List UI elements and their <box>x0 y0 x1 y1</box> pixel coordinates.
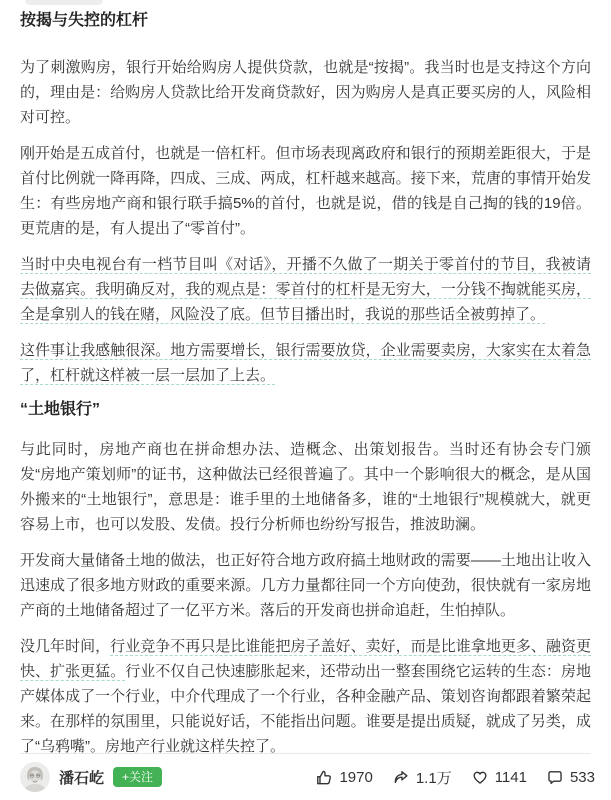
paragraph: 当时中央电视台有一档节目叫《对话》，开播不久做了一期关于零首付的节目，我被请去做… <box>20 252 591 327</box>
article-page: 按揭与失控的杠杆为了刺激购房，银行开始给购房人提供贷款，也就是“按揭”。我当时也… <box>0 0 611 800</box>
highlighted-text: 当时中央电视台有一档节目叫《对话》，开播不久做了一期关于零首付的节目，我被请去做… <box>20 256 591 324</box>
section-heading: “土地银行” <box>20 399 591 421</box>
paragraph: 没几年时间，行业竞争不再只是比谁能把房子盖好、卖好，而是比谁拿地更多、融资更快、… <box>20 634 591 753</box>
article-body: 按揭与失控的杠杆为了刺激购房，银行开始给购房人提供贷款，也就是“按揭”。我当时也… <box>0 5 611 753</box>
text-segment: 没几年时间， <box>20 638 110 655</box>
author-name[interactable]: 潘石屹 <box>59 767 104 788</box>
text-segment: 为了刺激购房，银行开始给购房人提供贷款，也就是“按揭”。我当时也是支持这个方向的… <box>20 59 591 126</box>
paragraph: 与此同时，房地产商也在拼命想办法、造概念、出策划报告。当时还有协会专门颁发“房地… <box>20 437 591 537</box>
avatar[interactable] <box>20 762 50 792</box>
paragraph: 开发商大量储备土地的做法，也正好符合地方政府搞土地财政的需要——土地出让收入迅速… <box>20 548 591 623</box>
text-segment: 开发商大量储备土地的做法，也正好符合地方政府搞土地财政的需要——土地出让收入迅速… <box>20 552 591 619</box>
engagement-stats: 1970 1.1万 1141 <box>315 767 595 788</box>
article-title: 按揭与失控的杠杆 <box>20 10 591 32</box>
favorite-button[interactable]: 1141 <box>471 768 527 786</box>
follow-button[interactable]: +关注 <box>113 767 162 787</box>
comment-count: 533 <box>570 769 595 786</box>
text-segment: 与此同时，房地产商也在拼命想办法、造概念、出策划报告。当时还有协会专门颁发“房地… <box>20 441 591 533</box>
paragraph: 刚开始是五成首付，也就是一倍杠杆。但市场表现离政府和银行的预期差距很大，于是首付… <box>20 141 591 241</box>
comment-button[interactable]: 533 <box>546 768 595 786</box>
like-count: 1970 <box>339 769 372 786</box>
comment-bubble-icon <box>546 768 564 786</box>
paragraph: 这件事让我感触很深。地方需要增长，银行需要放贷，企业需要卖房，大家实在太着急了，… <box>20 338 591 388</box>
thumbs-up-icon <box>315 768 333 786</box>
avatar-photo <box>20 762 50 792</box>
text-segment: 刚开始是五成首付，也就是一倍杠杆。但市场表现离政府和银行的预期差距很大，于是首付… <box>20 145 591 237</box>
share-arrow-icon <box>392 768 410 786</box>
paragraph: 为了刺激购房，银行开始给购房人提供贷款，也就是“按揭”。我当时也是支持这个方向的… <box>20 55 591 130</box>
favorite-count: 1141 <box>495 769 527 786</box>
share-button[interactable]: 1.1万 <box>392 767 452 788</box>
share-count: 1.1万 <box>416 767 452 788</box>
author-info[interactable]: 潘石屹 +关注 <box>20 762 162 792</box>
highlighted-text: 这件事让我感触很深。地方需要增长，银行需要放贷，企业需要卖房，大家实在太着急了，… <box>20 342 591 385</box>
author-bar: 潘石屹 +关注 1970 1.1万 <box>0 754 611 800</box>
like-button[interactable]: 1970 <box>315 768 372 786</box>
heart-icon <box>471 768 489 786</box>
